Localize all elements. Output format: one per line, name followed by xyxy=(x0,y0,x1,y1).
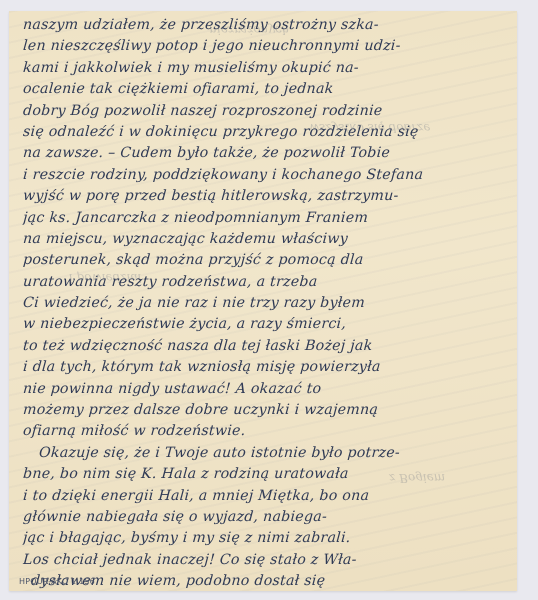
letter-line: się odnaleźć i w dokinięcu przykrego roz… xyxy=(22,122,509,143)
letter-line: uratowania reszty rodzeństwa, a trzeba xyxy=(22,272,509,293)
letter-line: i dla tych, którym tak wzniosłą misję po… xyxy=(22,357,509,378)
letter-line: to też wdzięczność nasza dla tej łaski B… xyxy=(22,336,509,357)
letter-line: nie powinna nigdy ustawać! A okazać to xyxy=(22,379,509,400)
archive-reference-label: HPOUR-AKO 1.156 xyxy=(19,577,95,586)
letter-line: w niebezpieczeństwie życia, a razy śmier… xyxy=(22,314,509,335)
letter-line: len nieszczęśliwy potop i jego nieuchron… xyxy=(22,36,509,57)
letter-line: ofiarną miłość w rodzeństwie. xyxy=(22,421,509,442)
letter-line: dysławem nie wiem, podobno dostał się xyxy=(22,571,509,592)
letter-line: i reszcie rodziny, poddziękowany i kocha… xyxy=(22,165,509,186)
letter-line: ocalenie tak ciężkiemi ofiarami, to jedn… xyxy=(22,79,509,100)
letter-page: niezrażonych wszystko się dobrze i powie… xyxy=(9,11,517,591)
letter-line: możemy przez dalsze dobre uczynki i wzaj… xyxy=(22,400,509,421)
letter-line: dobry Bóg pozwolił naszej rozproszonej r… xyxy=(22,101,509,122)
letter-line: na miejscu, wyznaczając każdemu właściwy xyxy=(22,229,509,250)
letter-line: wyjść w porę przed bestią hitlerowską, z… xyxy=(22,186,509,207)
letter-line: naszym udziałem, że przeszliśmy ostrożny… xyxy=(22,15,509,36)
letter-line: na zawsze. – Cudem było także, że pozwol… xyxy=(22,143,509,164)
letter-line: jąc i błagając, byśmy i my się z nimi za… xyxy=(22,528,509,549)
letter-line: jąc ks. Jancarczka z nieodpomnianym Fran… xyxy=(22,208,509,229)
letter-line: posterunek, skąd można przyjść z pomocą … xyxy=(22,250,509,271)
letter-body: naszym udziałem, że przeszliśmy ostrożny… xyxy=(23,15,509,593)
letter-line: Ci wiedzieć, że ja nie raz i nie trzy ra… xyxy=(22,293,509,314)
letter-line: Okazuje się, że i Twoje auto istotnie by… xyxy=(22,443,509,464)
letter-line: głównie nabiegała się o wyjazd, nabiega- xyxy=(22,507,509,528)
letter-line: bne, bo nim się K. Hala z rodziną uratow… xyxy=(22,464,509,485)
letter-line: i to dzięki energii Hali, a mniej Miętka… xyxy=(22,486,509,507)
letter-line: Los chciał jednak inaczej! Co się stało … xyxy=(22,550,509,571)
letter-line: kami i jakkolwiek i my musieliśmy okupić… xyxy=(22,58,509,79)
